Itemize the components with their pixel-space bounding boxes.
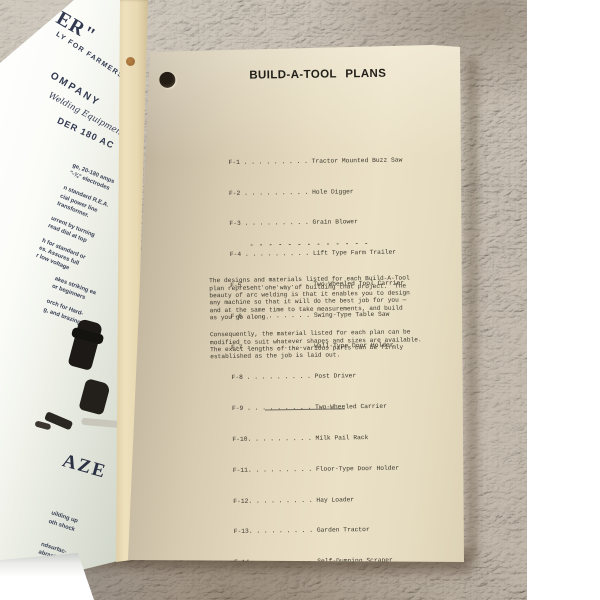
plan-name: Hay Loader (316, 496, 354, 504)
plan-name: Floor-Type Door Holder (316, 464, 399, 472)
plan-dot-leader: . . . . . . . . . (247, 435, 315, 443)
plan-code: F-13 (234, 528, 249, 535)
booklet-cover: ER" LY FOR FARMERS OMPANY Welding Equipm… (0, 0, 134, 592)
plan-code: F-1 (228, 159, 239, 166)
plan-name: Tractor Mounted Buzz Saw (312, 156, 403, 164)
plan-row: F-8 . . . . . . . . . Post Driver (231, 372, 405, 382)
punch-hole (159, 72, 175, 88)
plan-name: Two-Wheeled Carrier (315, 403, 387, 411)
plan-name: Milk Pail Rack (315, 434, 368, 442)
cover-product-name-fragment: AZE (60, 450, 109, 484)
plan-row: F-12. . . . . . . . . Hay Loader (233, 495, 407, 505)
plan-name: Garden Tractor (317, 526, 370, 534)
rust-stain (126, 57, 135, 66)
plan-code: F-12 (233, 497, 248, 504)
plan-row: F-11. . . . . . . . . Floor-Type Door Ho… (233, 464, 407, 474)
plan-dot-leader: . . . . . . . . . (240, 188, 312, 196)
plan-dot-leader: . . . . . . . . . (241, 219, 313, 227)
plan-row: F-10. . . . . . . . . Milk Pail Rack (232, 434, 406, 444)
plan-row: F-1 . . . . . . . . . Tractor Mounted Bu… (228, 156, 402, 166)
plan-dot-leader: . . . . . . . . . (249, 527, 317, 535)
welder-accessory-silhouette (78, 378, 110, 415)
plans-page: BUILD-A-TOOL PLANS F-1 . . . . . . . . .… (128, 45, 468, 562)
welding-torch-silhouette (81, 418, 121, 428)
backdrop-right-band (527, 0, 600, 600)
plan-code: F-9 (232, 405, 243, 412)
plan-code: F-2 (229, 189, 240, 196)
cover-benefit-lines: uilding upoth shockndsurfac-abrasion. (37, 486, 86, 566)
plan-dot-leader: . . . . . . . . . (248, 496, 316, 504)
plan-name: Grain Blower (312, 219, 357, 227)
plan-dot-leader: . . . . . . . . . (248, 466, 316, 474)
plan-name: Hole Digger (312, 188, 354, 196)
plan-code: F-3 (229, 220, 240, 227)
plan-row: F-2 . . . . . . . . . Hole Digger (229, 187, 403, 197)
photo-of-booklet-on-carpet: ER" LY FOR FARMERS OMPANY Welding Equipm… (0, 0, 527, 600)
page-right-edge-shadow (466, 58, 478, 558)
plan-row: F-13. . . . . . . . . Garden Tractor (234, 526, 408, 536)
paragraph-2: Consequently, the material listed for ea… (210, 306, 422, 361)
plan-code: F-10 (232, 436, 247, 443)
plans-page-content: BUILD-A-TOOL PLANS F-1 . . . . . . . . .… (127, 43, 474, 565)
plan-row: F-3 . . . . . . . . . Grain Blower (229, 218, 403, 228)
plan-dot-leader: . . . . . . . . . (240, 158, 312, 166)
welder-machine-silhouette (67, 318, 103, 371)
plan-name: Post Driver (315, 373, 357, 381)
cover-spec-lines: ge, 20-180 amps"-¾" electrodesn standard… (35, 140, 128, 278)
plan-code: F-11 (233, 467, 248, 474)
plan-code: F-8 (231, 374, 242, 381)
page-title: BUILD-A-TOOL PLANS (249, 68, 386, 82)
plan-dot-leader: . . . . . . . . . (243, 373, 315, 381)
